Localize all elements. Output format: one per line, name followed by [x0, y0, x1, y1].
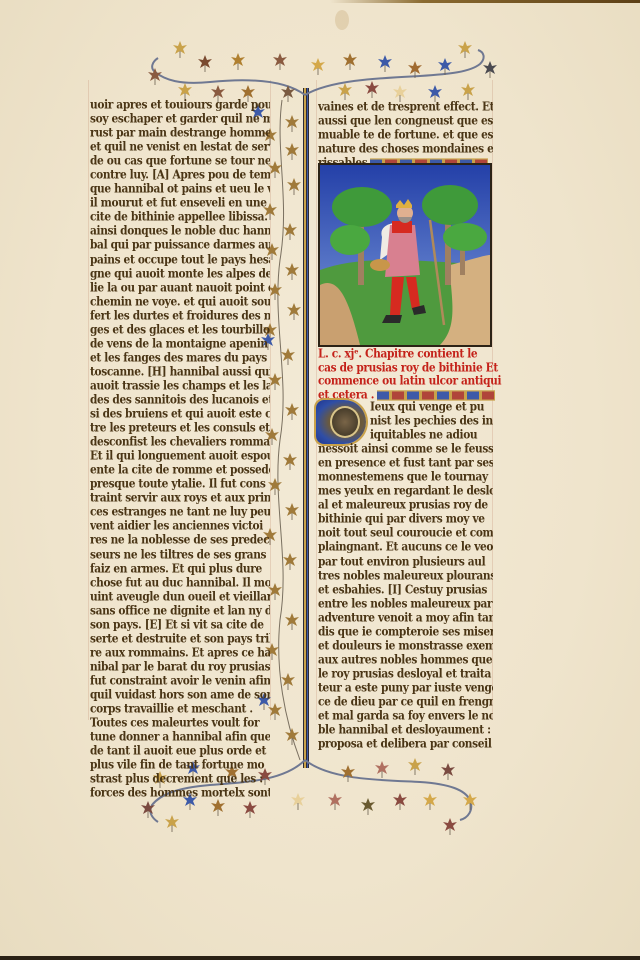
text-column-left: uoir apres et touiours garde pour soy es…: [90, 98, 270, 800]
text-line: proposa et delibera par conseil &c :: [318, 736, 493, 752]
chapter-rubric: L. c. xjᵉ. Chapitre contient le cas de p…: [318, 348, 498, 402]
text-column-right-top: vaines et de tresprent effect. Et ain au…: [318, 100, 493, 170]
parchment-stain: [335, 10, 349, 30]
ruling-left-inner: [270, 80, 271, 720]
text-span: nist les pechies des in: [370, 414, 493, 428]
miniature-scene: [320, 165, 490, 345]
page-top-edge: [330, 0, 640, 3]
text-span: iquitables ne adiou: [370, 428, 477, 442]
ruling-left-margin: [88, 80, 89, 720]
ruling-right-inner: [316, 80, 317, 720]
page-bottom-edge: [0, 956, 640, 960]
miniature-painting: [318, 163, 492, 347]
text-column-right-bottom: Ieux qui venge et pu nist les pechies de…: [318, 400, 493, 751]
text-line: forces des hommes mortelx sont: [90, 785, 270, 801]
text-span: Ieux qui venge et pu: [370, 400, 484, 414]
